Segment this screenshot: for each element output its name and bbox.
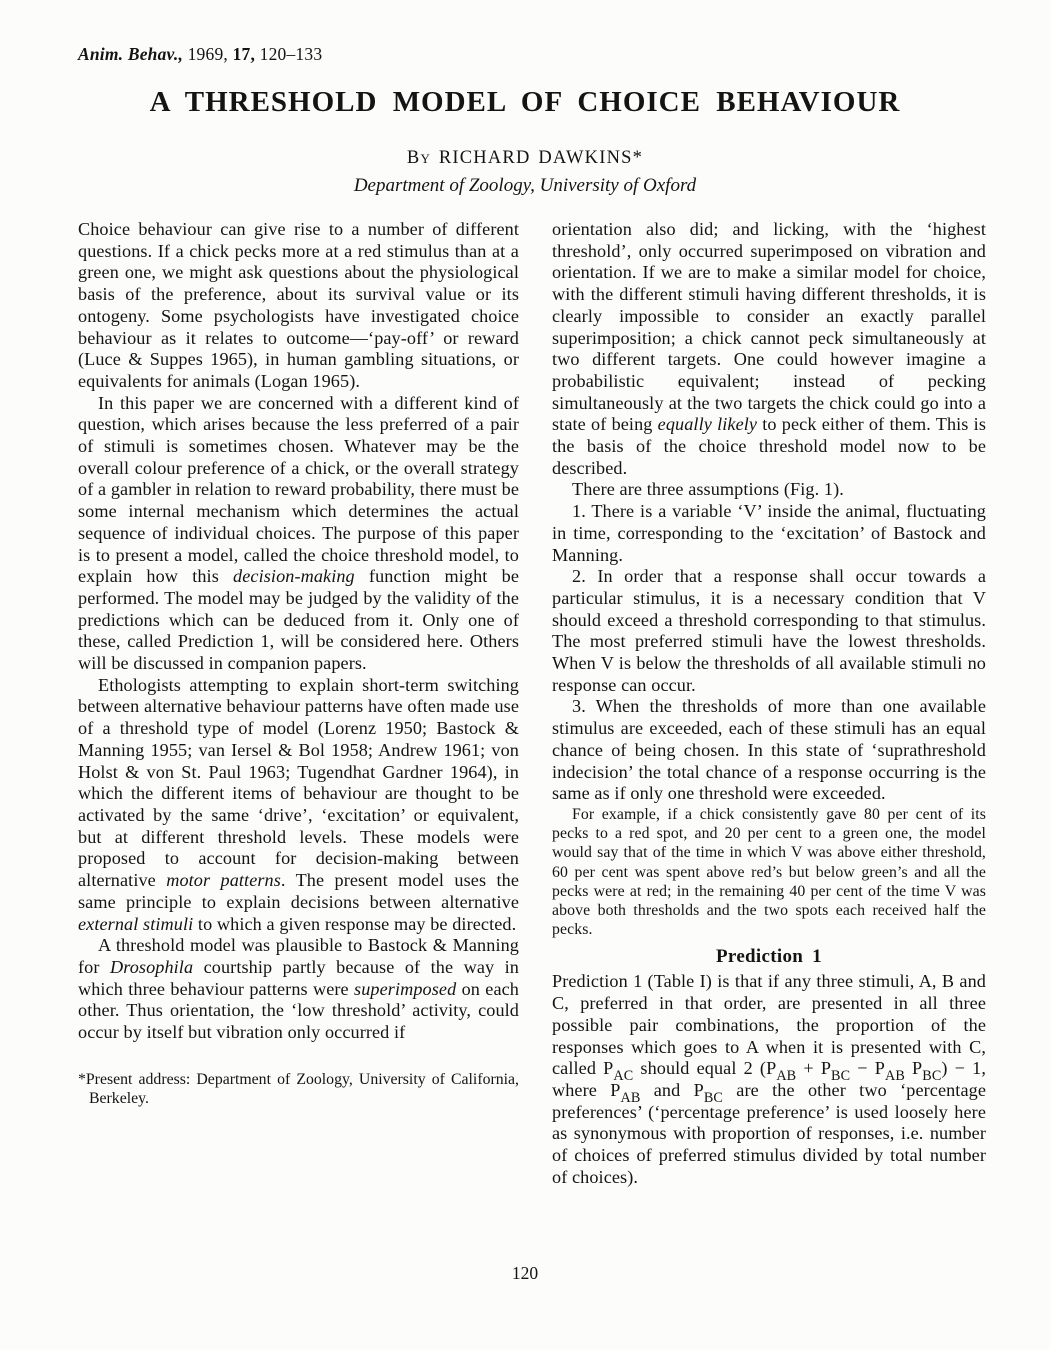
text-segment: 1. There is a variable ‘V’ inside the an… (552, 501, 986, 564)
paragraph-assumption-1: 1. There is a variable ‘V’ inside the an… (552, 501, 986, 566)
text-segment: 120–133 (260, 44, 323, 64)
text-segment: For example, if a chick consistently gav… (552, 806, 986, 938)
text-segment: equally likely (658, 414, 757, 434)
author-affiliation: Department of Zoology, University of Oxf… (0, 175, 1050, 197)
paper-page: Anim. Behav., 1969, 17, 120–133 A THRESH… (0, 0, 1050, 1350)
paragraph-threshold-model: A threshold model was plausible to Basto… (78, 935, 519, 1044)
text-segment: − P (850, 1058, 885, 1078)
right-column: orientation also did; and licking, with … (552, 219, 986, 1188)
author-byline: By RICHARD DAWKINS* (0, 148, 1050, 169)
text-segment: In this paper we are concerned with a di… (78, 393, 519, 587)
text-segment: Anim. Behav., (78, 44, 188, 64)
paragraph-this-paper: In this paper we are concerned with a di… (78, 393, 519, 675)
text-segment: should equal 2 (P (633, 1058, 776, 1078)
text-segment: 2. In order that a response shall occur … (552, 566, 986, 695)
text-segment: and P (640, 1080, 703, 1100)
text-segment: There are three assumptions (Fig. 1). (572, 479, 844, 499)
text-segment: RICHARD DAWKINS* (439, 148, 643, 168)
section-heading-prediction-1: Prediction 1 (552, 946, 986, 968)
paragraph-prediction-1: Prediction 1 (Table I) is that if any th… (552, 971, 986, 1188)
text-segment: Ethologists attempting to explain short-… (78, 675, 519, 890)
paper-title: A THRESHOLD MODEL OF CHOICE BEHAVIOUR (0, 86, 1050, 119)
paragraph-example-smallprint: For example, if a chick consistently gav… (552, 805, 986, 939)
text-segment: external stimuli (78, 914, 193, 934)
text-segment: + P (796, 1058, 831, 1078)
paragraph-three-assumptions: There are three assumptions (Fig. 1). (552, 479, 986, 501)
text-segment: By (407, 148, 439, 168)
text-segment: 3. When the thresholds of more than one … (552, 696, 986, 803)
paragraph-assumption-2: 2. In order that a response shall occur … (552, 566, 986, 696)
text-segment: P (905, 1058, 922, 1078)
footnote-present-address: *Present address: Department of Zoology,… (78, 1070, 519, 1108)
paragraph-orientation: orientation also did; and licking, with … (552, 219, 986, 479)
left-column: Choice behaviour can give rise to a numb… (78, 219, 519, 1188)
text-segment: *Present address: Department of Zoology,… (78, 1071, 519, 1107)
two-column-body: Choice behaviour can give rise to a numb… (78, 219, 986, 1188)
text-segment: Choice behaviour can give rise to a numb… (78, 219, 519, 391)
text-segment: superimposed (354, 979, 456, 999)
text-segment: orientation also did; and licking, with … (552, 219, 986, 434)
text-segment: 17, (233, 44, 260, 64)
page-number: 120 (0, 1263, 1050, 1284)
text-segment: decision-making (233, 566, 355, 586)
text-segment: to which a given response may be directe… (193, 914, 516, 934)
text-segment: motor patterns (166, 870, 281, 890)
paragraph-ethologists: Ethologists attempting to explain short-… (78, 675, 519, 935)
paragraph-assumption-3: 3. When the thresholds of more than one … (552, 696, 986, 805)
text-segment: Drosophila (110, 957, 193, 977)
journal-reference: Anim. Behav., 1969, 17, 120–133 (78, 44, 322, 65)
text-segment: 1969, (188, 44, 233, 64)
paragraph-choice-intro: Choice behaviour can give rise to a numb… (78, 219, 519, 393)
